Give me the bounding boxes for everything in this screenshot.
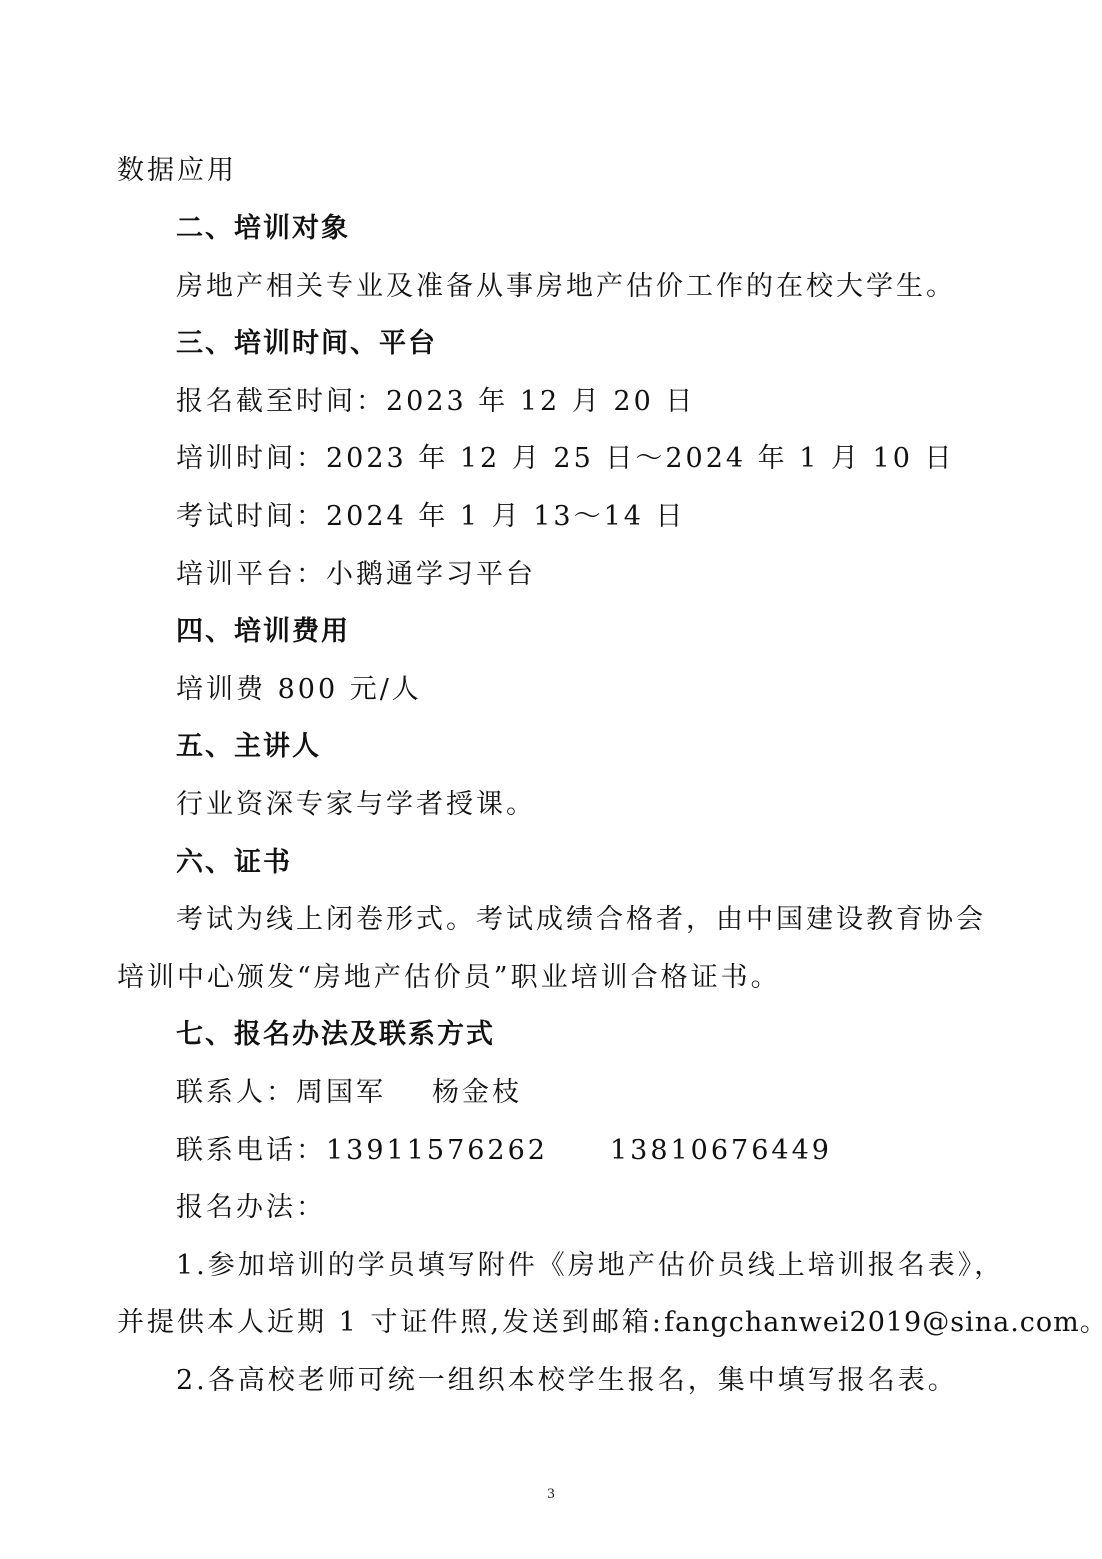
- continuation-text: 数据应用: [117, 154, 237, 188]
- contacts-line: 联系人：周国军杨金枝: [176, 1076, 522, 1110]
- method-1-line-1: 1.参加培训的学员填写附件《房地产估价员线上培训报名表》，: [176, 1249, 1004, 1283]
- training-period: 培训时间：2023 年 12 月 25 日～2024 年 1 月 10 日: [176, 442, 955, 476]
- section-2-body: 房地产相关专业及准备从事房地产估价工作的在校大学生。: [176, 270, 956, 304]
- method-2: 2.各高校老师可统一组织本校学生报名，集中填写报名表。: [176, 1364, 958, 1398]
- section-5-body: 行业资深专家与学者授课。: [176, 788, 536, 822]
- contact-name-1: 周国军: [296, 1077, 386, 1108]
- exam-period: 考试时间：2024 年 1 月 13～14 日: [176, 500, 686, 534]
- contacts-label: 联系人：: [176, 1077, 296, 1108]
- phones-line: 联系电话：1391157626213810676449: [176, 1134, 832, 1168]
- method-1-line-2-prefix: 并提供本人近期 1 寸证件照,发送到邮箱:: [117, 1307, 664, 1338]
- method-1-line-2: 并提供本人近期 1 寸证件照,发送到邮箱:fangchanwei2019@sin…: [117, 1306, 1102, 1340]
- section-3-heading: 三、培训时间、平台: [176, 327, 437, 361]
- document-page: 数据应用 二、培训对象 房地产相关专业及准备从事房地产估价工作的在校大学生。 三…: [0, 0, 1102, 1559]
- contact-name-2: 杨金枝: [432, 1077, 522, 1108]
- registration-deadline: 报名截至时间：2023 年 12 月 20 日: [176, 385, 695, 419]
- method-1-line-2-suffix: 。: [1080, 1307, 1102, 1338]
- section-2-heading: 二、培训对象: [176, 212, 350, 246]
- training-platform: 培训平台：小鹅通学习平台: [176, 558, 536, 592]
- section-6-body-line-2: 培训中心颁发“房地产估价员”职业培训合格证书。: [117, 961, 781, 995]
- section-4-body: 培训费 800 元/人: [176, 673, 422, 707]
- method-label: 报名办法：: [176, 1191, 326, 1225]
- page-number: 3: [0, 1486, 1102, 1503]
- phone-number-1: 13911576262: [326, 1135, 548, 1166]
- phones-label: 联系电话：: [176, 1135, 326, 1166]
- section-5-heading: 五、主讲人: [176, 730, 321, 764]
- phone-number-2: 13810676449: [610, 1135, 832, 1166]
- section-6-body-line-1: 考试为线上闭卷形式。考试成绩合格者，由中国建设教育协会: [176, 903, 986, 937]
- email-address[interactable]: fangchanwei2019@sina.com: [664, 1307, 1080, 1338]
- section-4-heading: 四、培训费用: [176, 615, 350, 649]
- section-6-heading: 六、证书: [176, 846, 292, 880]
- section-7-heading: 七、报名办法及联系方式: [176, 1018, 495, 1052]
